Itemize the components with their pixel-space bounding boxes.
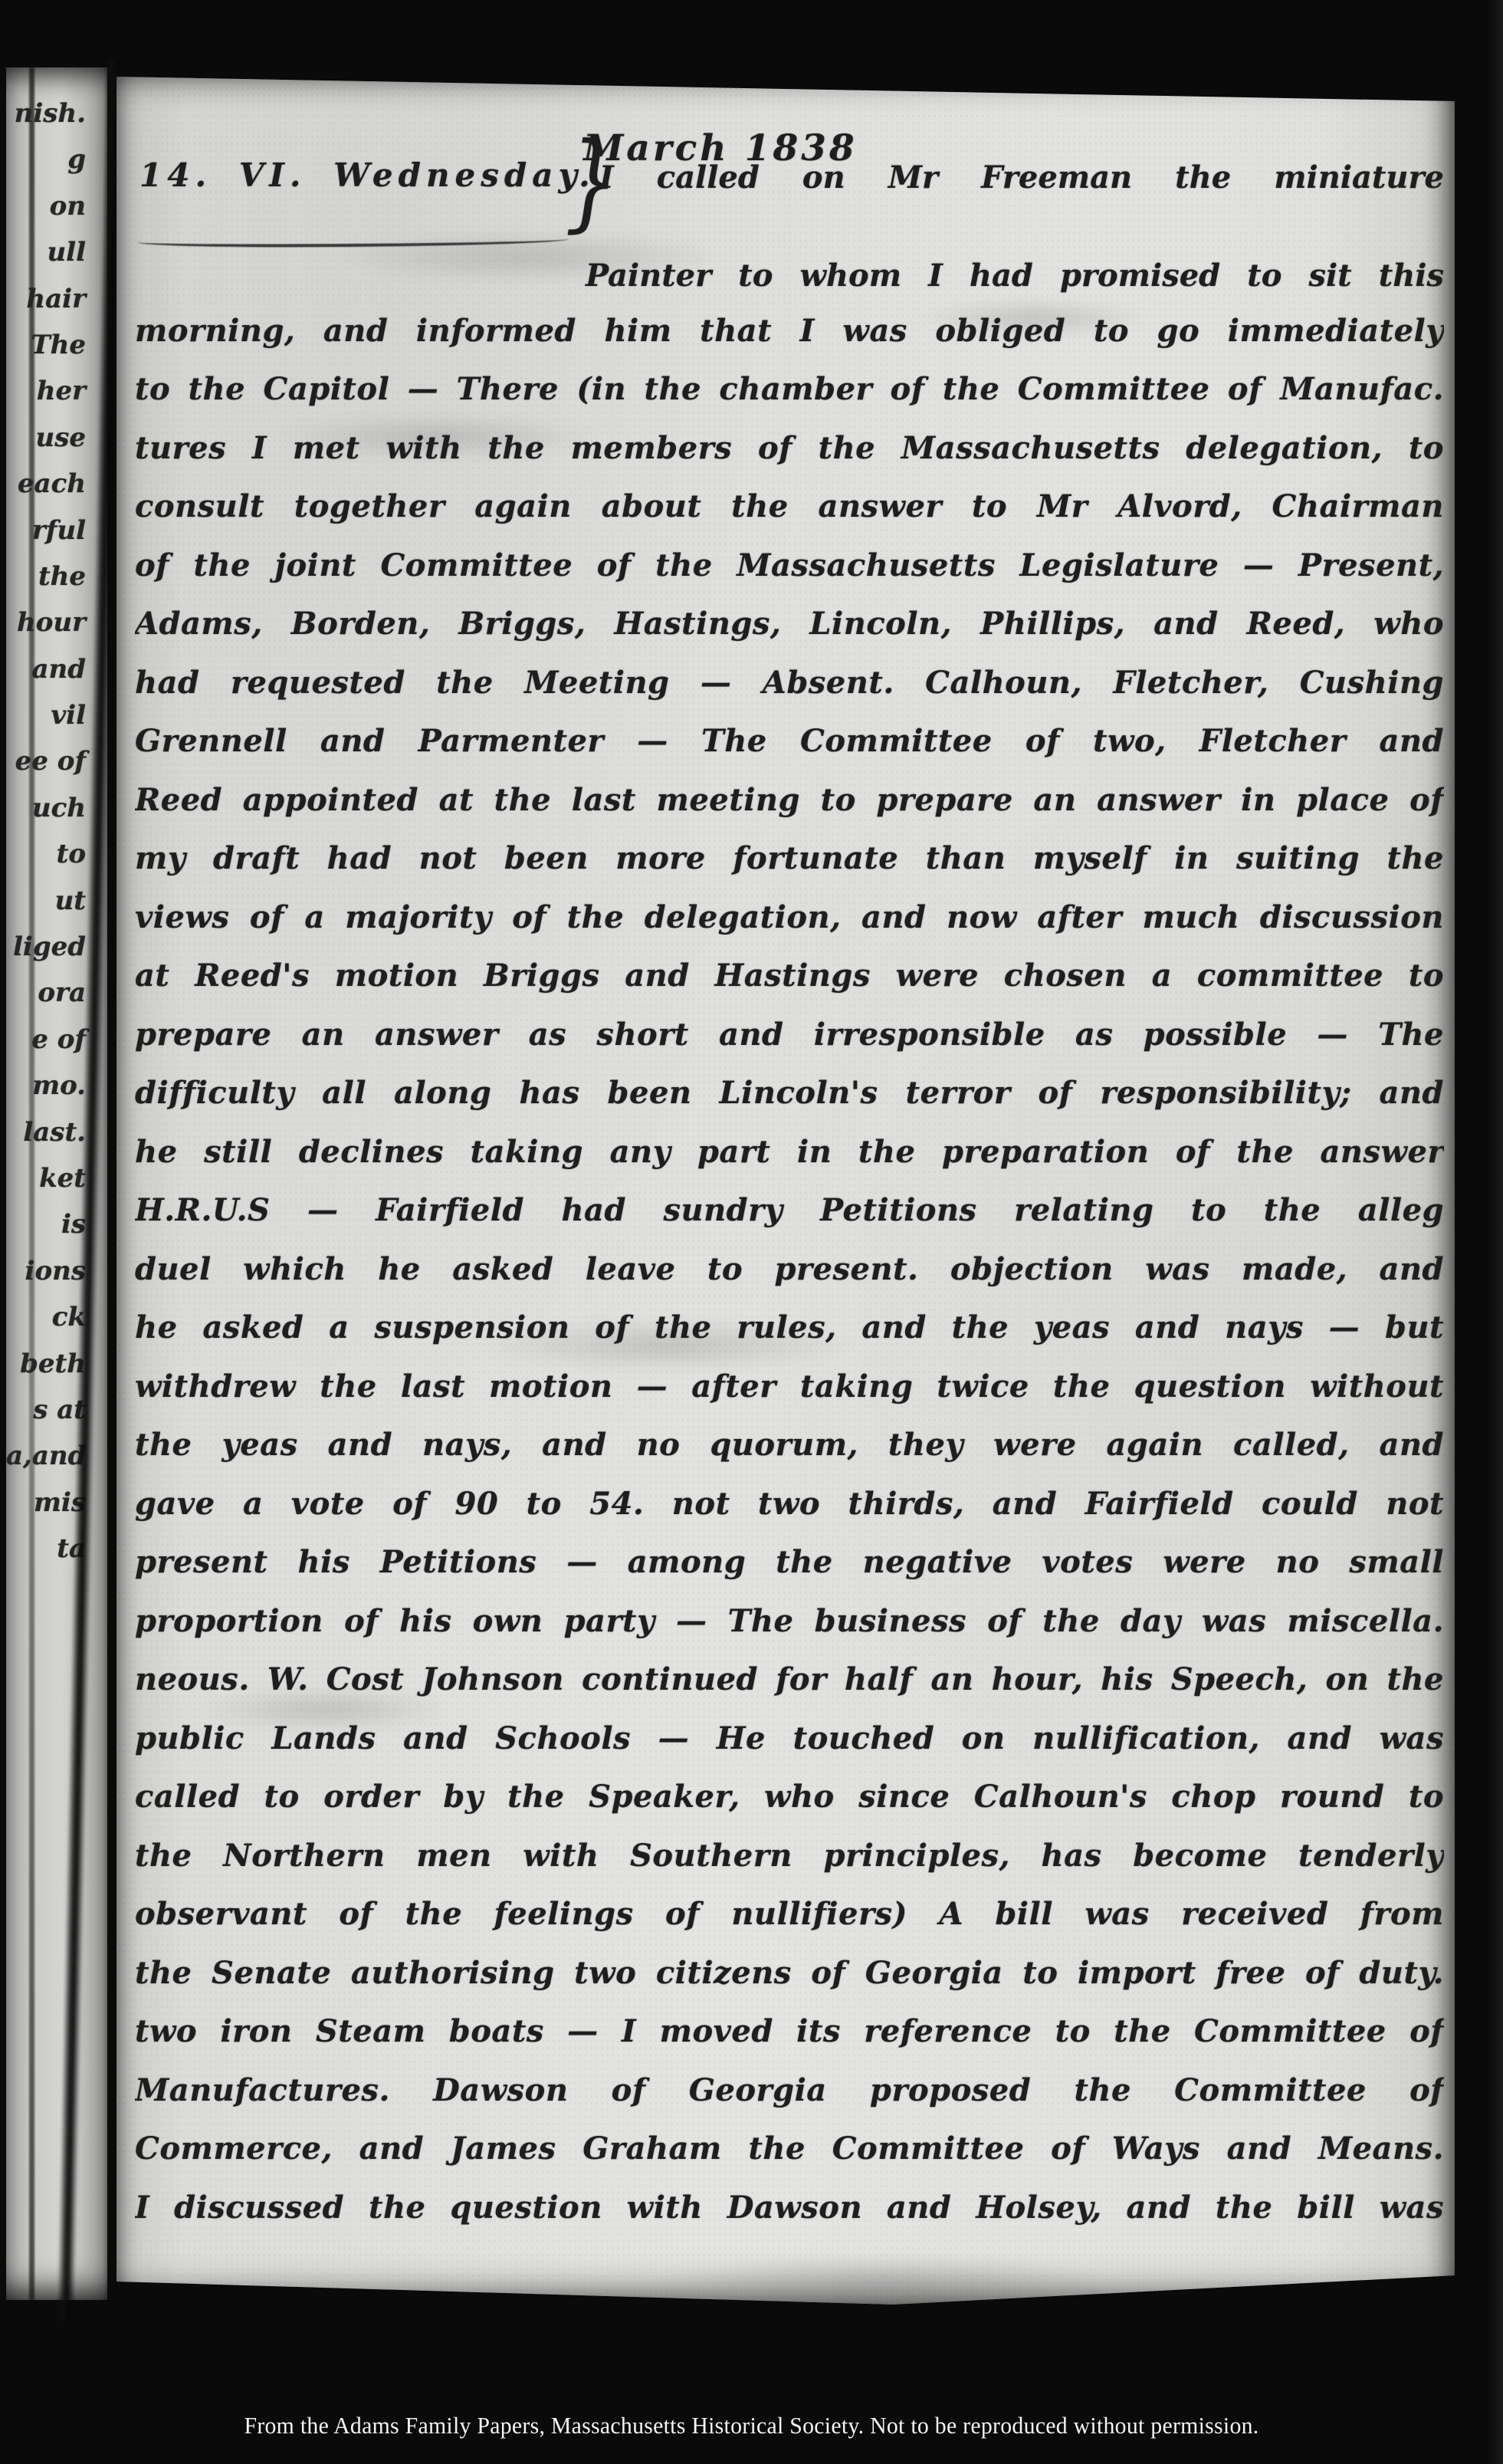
manuscript-line: had requested the Meeting — Absent. Calh… <box>135 665 1444 721</box>
manuscript-line: my draft had not been more fortunate tha… <box>135 840 1444 897</box>
text-fragment: hair <box>6 276 107 322</box>
manuscript-line: at Reed's motion Briggs and Hastings wer… <box>135 958 1444 1014</box>
manuscript-line: two iron Steam boats — I moved its refer… <box>135 2013 1444 2070</box>
archive-caption: From the Adams Family Papers, Massachuse… <box>30 2412 1473 2439</box>
text-fragment: use <box>6 415 107 461</box>
text-fragment: each <box>6 461 107 507</box>
manuscript-line: Commerce, and James Graham the Committee… <box>135 2131 1444 2187</box>
manuscript-line: public Lands and Schools — He touched on… <box>135 1720 1444 1777</box>
manuscript-line: H.R.U.S — Fairfield had sundry Petitions… <box>135 1192 1444 1249</box>
manuscript-line: Painter to whom I had promised to sit th… <box>586 258 1444 294</box>
text-fragment: the <box>6 554 107 600</box>
manuscript-line: difficulty all along has been Lincoln's … <box>135 1075 1444 1132</box>
manuscript-line: present his Petitions — among the negati… <box>135 1544 1444 1601</box>
bleed-through-smudge <box>651 2254 1111 2308</box>
manuscript-line: gave a vote of 90 to 54. not two thirds,… <box>135 1486 1444 1542</box>
manuscript-line: Manufactures. Dawson of Georgia proposed… <box>135 2072 1444 2129</box>
manuscript-line: called to order by the Speaker, who sinc… <box>135 1779 1444 1835</box>
text-fragment: g <box>6 136 107 182</box>
manuscript-line: prepare an answer as short and irrespons… <box>135 1017 1444 1073</box>
manuscript-line: of the joint Committee of the Massachuse… <box>135 547 1444 604</box>
manuscript-line: the Northern men with Southern principle… <box>135 1838 1444 1894</box>
manuscript-line: neous. W. Cost Johnson continued for hal… <box>135 1661 1444 1718</box>
manuscript-line: proportion of his own party — The busine… <box>135 1603 1444 1660</box>
text-fragment: on <box>6 183 107 229</box>
manuscript-line: to the Capitol — There (in the chamber o… <box>135 371 1444 428</box>
manuscript-line: I discussed the question with Dawson and… <box>135 2190 1444 2246</box>
manuscript-line: duel which he asked leave to present. ob… <box>135 1251 1444 1308</box>
manuscript-line: withdrew the last motion — after taking … <box>135 1368 1444 1425</box>
text-fragment: ta <box>6 1526 107 1572</box>
manuscript-line: I called on Mr Freeman the miniature <box>599 159 1444 195</box>
text-fragment: her <box>6 368 107 414</box>
text-fragment: hour <box>6 600 107 646</box>
text-fragment: ull <box>6 229 107 275</box>
text-fragment: The <box>6 322 107 368</box>
manuscript-line: Grennell and Parmenter — The Committee o… <box>135 723 1444 780</box>
manuscript-line: the yeas and nays, and no quorum, they w… <box>135 1427 1444 1483</box>
manuscript-line: tures I met with the members of the Mass… <box>135 430 1444 487</box>
manuscript-page: March 1838 14. VI. Wednesday. } I called… <box>116 64 1455 2311</box>
manuscript-line: observant of the feelings of nullifiers)… <box>135 1896 1444 1953</box>
scan-edge-streak <box>1489 0 1503 2464</box>
manuscript-line: the Senate authorising two citizens of G… <box>135 1955 1444 2012</box>
text-fragment: nish. <box>6 90 107 136</box>
manuscript-line: he still declines taking any part in the… <box>135 1134 1444 1191</box>
manuscript-line: Adams, Borden, Briggs, Hastings, Lincoln… <box>135 606 1444 662</box>
manuscript-line: he asked a suspension of the rules, and … <box>135 1309 1444 1366</box>
entry-date: 14. VI. Wednesday. <box>139 156 596 194</box>
manuscript-line: Reed appointed at the last meeting to pr… <box>135 782 1444 839</box>
text-fragment: rful <box>6 508 107 554</box>
manuscript-line: views of a majority of the delegation, a… <box>135 899 1444 956</box>
manuscript-line: consult together again about the answer … <box>135 488 1444 545</box>
scan-background: nish. g on ull hair The her use each rfu… <box>0 0 1503 2464</box>
manuscript-line: morning, and informed him that I was obl… <box>135 313 1444 370</box>
